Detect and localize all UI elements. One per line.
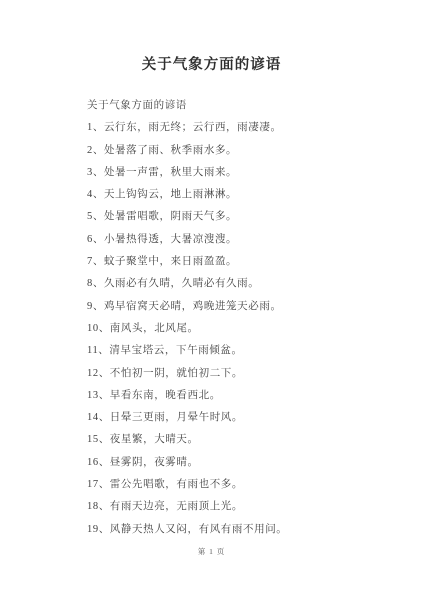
proverb-line-13: 13、早看东南，晚看西北。 bbox=[87, 385, 383, 407]
proverb-line-7: 7、蚊子聚堂中，来日雨盈盈。 bbox=[87, 251, 383, 273]
proverb-line-17: 17、雷公先唱歌，有雨也不多。 bbox=[87, 474, 383, 496]
proverb-line-8: 8、久雨必有久晴，久晴必有久雨。 bbox=[87, 273, 383, 295]
proverb-line-9: 9、鸡早宿窝天必晴，鸡晚进笼天必雨。 bbox=[87, 296, 383, 318]
proverb-line-2: 2、处暑落了雨、秋季雨水多。 bbox=[87, 140, 383, 162]
proverb-line-15: 15、夜星繁，大晴天。 bbox=[87, 429, 383, 451]
proverb-line-6: 6、小暑热得透，大暑凉溲溲。 bbox=[87, 229, 383, 251]
document-title: 关于气象方面的谚语 bbox=[0, 0, 423, 74]
proverb-line-11: 11、清早宝塔云，下午雨倾盆。 bbox=[87, 340, 383, 362]
proverb-line-5: 5、处暑雷唱歌，阴雨天气多。 bbox=[87, 206, 383, 228]
proverb-line-1: 1、云行东，雨无终；云行西，雨凄凄。 bbox=[87, 117, 383, 139]
proverb-line-14: 14、日晕三更雨，月晕午时风。 bbox=[87, 407, 383, 429]
proverb-line-12: 12、不怕初一阴，就怕初二下。 bbox=[87, 363, 383, 385]
proverb-line-19: 19、风静天热人又闷，有风有雨不用问。 bbox=[87, 519, 383, 541]
proverb-line-18: 18、有雨天边亮，无雨顶上光。 bbox=[87, 496, 383, 518]
proverb-line-16: 16、昼雾阴，夜雾晴。 bbox=[87, 452, 383, 474]
document-page: 关于气象方面的谚语 关于气象方面的谚语 1、云行东，雨无终；云行西，雨凄凄。 2… bbox=[0, 0, 423, 600]
proverb-line-4: 4、天上钩钩云，地上雨淋淋。 bbox=[87, 184, 383, 206]
proverb-line-10: 10、南风头，北风尾。 bbox=[87, 318, 383, 340]
document-subtitle: 关于气象方面的谚语 bbox=[87, 95, 383, 117]
proverb-line-3: 3、处暑一声雷，秋里大雨来。 bbox=[87, 162, 383, 184]
document-body: 关于气象方面的谚语 1、云行东，雨无终；云行西，雨凄凄。 2、处暑落了雨、秋季雨… bbox=[87, 95, 383, 541]
page-number-footer: 第 1 页 bbox=[0, 546, 423, 557]
